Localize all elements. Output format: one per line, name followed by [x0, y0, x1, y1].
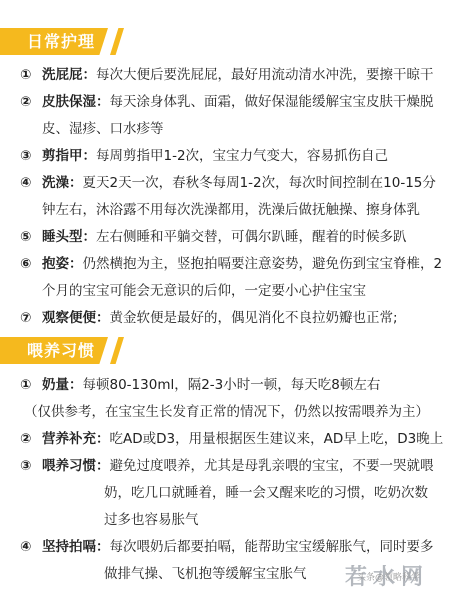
banner-stripe [110, 28, 124, 55]
list-item-continuation: 过多也容易胀气 [0, 507, 450, 534]
list-item: ③剪指甲：每周剪指甲1-2次，宝宝力气变大，容易抓伤自己 [0, 143, 450, 170]
list-item: ①奶量：每顿80-130ml，隔2-3小时一顿，每天吃8顿左右 [0, 372, 450, 399]
list-item: ④坚持拍嗝：每次喂奶后都要拍嗝，能帮助宝宝缓解胀气，同时要多 [0, 534, 450, 561]
list-item-continuation: 个月的宝宝可能会无意识的后仰，一定要小心护住宝宝 [0, 278, 450, 305]
list-item: ④洗澡：夏天2天一次，春秋冬每周1-2次，每次时间控制在10-15分 [0, 170, 450, 197]
list-item: ②皮肤保湿：每天涂身体乳、面霜，做好保湿能缓解宝宝皮肤干燥脱 [0, 89, 450, 116]
list-item: ⑤睡头型：左右侧睡和平躺交替，可偶尔趴睡，醒着的时候多趴 [0, 224, 450, 251]
banner-stripe [110, 337, 124, 364]
list-item: ②营养补充：吃AD或D3，用量根据医生建议来，AD早上吃，D3晚上 [0, 426, 450, 453]
section-title: 喂养习惯 [27, 337, 95, 364]
watermark-caption: 头条@领略科学 [357, 570, 420, 583]
section-daily-care: ①洗屁屁：每次大便后要洗屁屁，最好用流动清水冲洗，要擦干晾干 ②皮肤保湿：每天涂… [0, 62, 450, 332]
list-item-continuation: 钟左右，沐浴露不用每次洗澡都用，洗澡后做抚触操、擦身体乳 [0, 197, 450, 224]
list-item-note: （仅供参考，在宝宝生长发育正常的情况下，仍然以按需喂养为主） [0, 399, 450, 426]
watermark-logo: 若水网 头条@领略科学 [345, 560, 429, 591]
list-item-continuation: 皮、湿疹、口水疹等 [0, 116, 450, 143]
section-feeding: ①奶量：每顿80-130ml，隔2-3小时一顿，每天吃8顿左右 （仅供参考，在宝… [0, 372, 450, 588]
list-item: ③喂养习惯：避免过度喂养，尤其是母乳亲喂的宝宝，不要一哭就喂 [0, 453, 450, 480]
section-title: 日常护理 [27, 28, 95, 55]
list-item-continuation: 奶，吃几口就睡着，睡一会又醒来吃的习惯，吃奶次数 [0, 480, 450, 507]
section-banner-daily-care: 日常护理 [0, 28, 125, 55]
list-item: ⑦观察便便：黄金软便是最好的，偶见消化不良拉奶瓣也正常; [0, 305, 450, 332]
list-item: ⑥抱姿：仍然横抱为主，竖抱拍嗝要注意姿势，避免伤到宝宝脊椎，2 [0, 251, 450, 278]
list-item: ①洗屁屁：每次大便后要洗屁屁，最好用流动清水冲洗，要擦干晾干 [0, 62, 450, 89]
section-banner-feeding: 喂养习惯 [0, 337, 125, 364]
